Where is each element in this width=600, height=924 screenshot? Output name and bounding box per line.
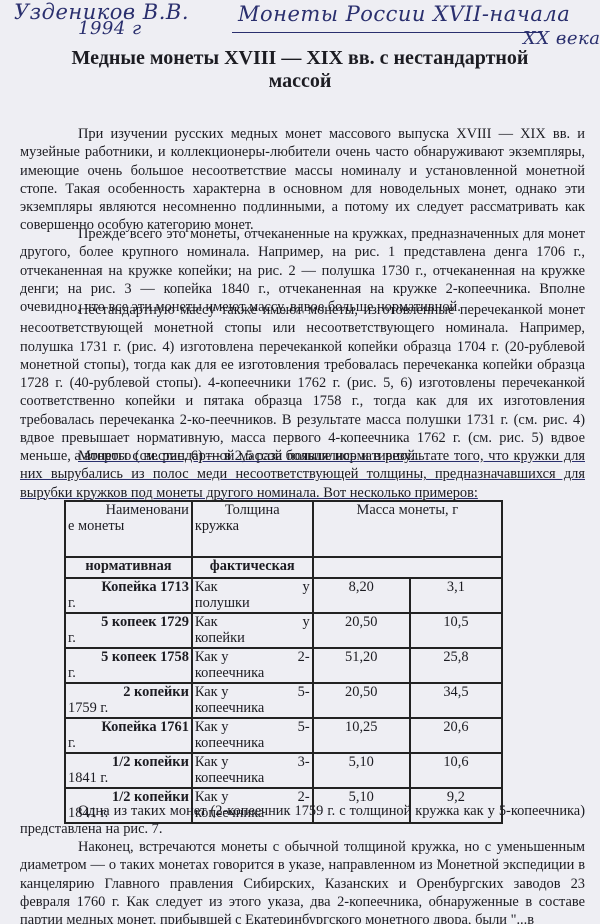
coin-name: 5 копеек 1758г. — [65, 648, 192, 683]
paragraph-5: Одна из таких монет (2-копеечник 1759 г.… — [20, 802, 585, 839]
header-normative: нормативная — [65, 557, 192, 578]
table-row: Копейка 1761г.Как у5-копеечника10,2520,6 — [65, 718, 502, 753]
table-subheader-row: нормативная фактическая — [65, 557, 502, 578]
header-mass: Масса монеты, г — [313, 501, 502, 557]
handwritten-book-title-2: XX века — [523, 28, 600, 49]
coin-name: Копейка 1761г. — [65, 718, 192, 753]
thickness: Как у5-копеечника — [192, 683, 313, 718]
handwritten-underline — [232, 32, 542, 33]
article-title: Медные монеты XVIII — XIX вв. с нестанда… — [40, 47, 560, 93]
thickness: Как у3-копеечника — [192, 753, 313, 788]
handwritten-book-title: Монеты России XVII-начала — [238, 2, 570, 26]
coin-name: 5 копеек 1729г. — [65, 613, 192, 648]
header-coin-name: Наименовани е монеты — [65, 501, 192, 557]
mass-actual: 10,5 — [410, 613, 502, 648]
mass-actual: 34,5 — [410, 683, 502, 718]
mass-normative: 10,25 — [313, 718, 410, 753]
header-empty — [313, 557, 502, 578]
table-row: 1/2 копейки1841 г.Как у3-копеечника5,101… — [65, 753, 502, 788]
scanned-page: Уздеников В.В. 1994 г Монеты России XVII… — [0, 0, 600, 924]
mass-actual: 3,1 — [410, 578, 502, 613]
paragraph-3: Нестандартную массу также имеют монеты, … — [20, 301, 585, 466]
handwritten-year: 1994 г — [78, 18, 142, 39]
coin-name: 2 копейки1759 г. — [65, 683, 192, 718]
mass-actual: 25,8 — [410, 648, 502, 683]
thickness: Какуполушки — [192, 578, 313, 613]
thickness: Какукопейки — [192, 613, 313, 648]
coin-name: Копейка 1713г. — [65, 578, 192, 613]
mass-actual: 20,6 — [410, 718, 502, 753]
table-row: 5 копеек 1729г.Какукопейки20,5010,5 — [65, 613, 502, 648]
header-actual: фактическая — [192, 557, 313, 578]
table-row: Копейка 1713г.Какуполушки8,203,1 — [65, 578, 502, 613]
table-row: 5 копеек 1758г.Как у2-копеечника51,2025,… — [65, 648, 502, 683]
paragraph-6: Наконец, встречаются монеты с обычной то… — [20, 838, 585, 924]
mass-normative: 5,10 — [313, 753, 410, 788]
thickness: Как у2-копеечника — [192, 648, 313, 683]
paragraph-1: При изучении русских медных монет массов… — [20, 125, 585, 235]
table-row: 2 копейки1759 г.Как у5-копеечника20,5034… — [65, 683, 502, 718]
mass-normative: 8,20 — [313, 578, 410, 613]
coin-mass-table: Наименовани е монеты Толщина кружка Масс… — [64, 500, 503, 824]
mass-normative: 51,20 — [313, 648, 410, 683]
thickness: Как у5-копеечника — [192, 718, 313, 753]
table-header-row: Наименовани е монеты Толщина кружка Масс… — [65, 501, 502, 557]
mass-normative: 20,50 — [313, 613, 410, 648]
mass-normative: 20,50 — [313, 683, 410, 718]
header-thickness: Толщина кружка — [192, 501, 313, 557]
coin-name: 1/2 копейки1841 г. — [65, 753, 192, 788]
mass-actual: 10,6 — [410, 753, 502, 788]
paragraph-4: Монеты с нестандартной массой появлялись… — [20, 447, 585, 502]
